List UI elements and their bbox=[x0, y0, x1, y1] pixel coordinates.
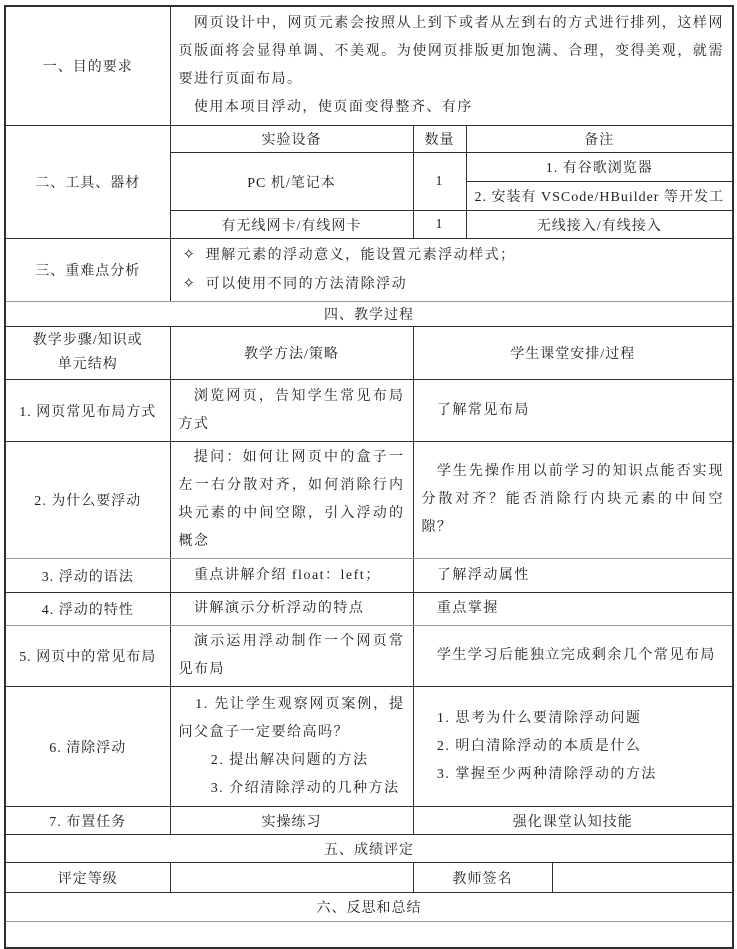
student-cell: 学生先操作用以前学习的知识点能否实现分散对齐？能否消除行内块元素的中间空隙？ bbox=[413, 442, 733, 559]
process-row-2: 2. 为什么要浮动 提问：如何让网页中的盒子一左一右分散对齐，如何消除行内块元素… bbox=[5, 442, 733, 559]
student-cell: 强化课堂认知技能 bbox=[413, 807, 733, 835]
student-cell: 了解浮动属性 bbox=[413, 559, 733, 593]
tools-header-qty: 数量 bbox=[413, 126, 466, 153]
process-header-student: 学生课堂安排/过程 bbox=[413, 327, 733, 380]
step-label: 6. 清除浮动 bbox=[5, 687, 170, 807]
purpose-paragraph-2: 使用本项目浮动，使页面变得整齐、有序 bbox=[179, 94, 725, 122]
student-text: 重点掌握 bbox=[422, 595, 725, 623]
keypoint-item: ✧可以使用不同的方法清除浮动 bbox=[179, 270, 725, 299]
student-cell: 学生学习后能独立完成剩余几个常见布局 bbox=[413, 626, 733, 687]
process-header-row: 教学步骤/知识或单元结构 教学方法/策略 学生课堂安排/过程 bbox=[5, 327, 733, 380]
keypoint-item: ✧理解元素的浮动意义，能设置元素浮动样式； bbox=[179, 241, 725, 270]
method-cell: 实操练习 bbox=[170, 807, 413, 835]
method-text: 讲解演示分析浮动的特点 bbox=[179, 595, 405, 623]
process-header-step: 教学步骤/知识或单元结构 bbox=[5, 327, 170, 380]
student-cell: 1. 思考为什么要清除浮动问题 2. 明白清除浮动的本质是什么 3. 掌握至少两… bbox=[413, 687, 733, 807]
purpose-row: 一、目的要求 网页设计中，网页元素会按照从上到下或者从左到右的方式进行排列，这样… bbox=[5, 6, 733, 126]
process-title-row: 四、教学过程 bbox=[5, 302, 733, 327]
student-text: 学生先操作用以前学习的知识点能否实现分散对齐？能否消除行内块元素的中间空隙？ bbox=[422, 458, 725, 542]
teacher-signature-label: 教师签名 bbox=[413, 863, 552, 893]
keypoints-row: 三、重难点分析 ✧理解元素的浮动意义，能设置元素浮动样式； ✧可以使用不同的方法… bbox=[5, 239, 733, 302]
method-cell: 浏览网页，告知学生常见布局方式 bbox=[170, 380, 413, 442]
purpose-content-cell: 网页设计中，网页元素会按照从上到下或者从左到右的方式进行排列，这样网页版面将会显… bbox=[170, 6, 733, 126]
method-text: 提问：如何让网页中的盒子一左一右分散对齐，如何消除行内块元素的中间空隙，引入浮动… bbox=[179, 444, 405, 556]
section-process-title: 四、教学过程 bbox=[5, 302, 733, 327]
tools-header-note: 备注 bbox=[466, 126, 733, 153]
process-row-6: 6. 清除浮动 1. 先让学生观察网页案例，提问父盒子一定要给高吗？ 2. 提出… bbox=[5, 687, 733, 807]
method-item: 3. 介绍清除浮动的几种方法 bbox=[179, 775, 405, 803]
student-item: 3. 掌握至少两种清除浮动的方法 bbox=[422, 761, 725, 789]
section-grading-title: 五、成绩评定 bbox=[5, 835, 733, 863]
step-label: 5. 网页中的常见布局 bbox=[5, 626, 170, 687]
grading-row: 评定等级 教师签名 bbox=[5, 863, 733, 893]
section-keypoints-label: 三、重难点分析 bbox=[5, 239, 170, 302]
method-text: 浏览网页，告知学生常见布局方式 bbox=[179, 383, 405, 439]
process-row-5: 5. 网页中的常见布局 演示运用浮动制作一个网页常见布局 学生学习后能独立完成剩… bbox=[5, 626, 733, 687]
lesson-plan-document: 一、目的要求 网页设计中，网页元素会按照从上到下或者从左到右的方式进行排列，这样… bbox=[0, 0, 733, 949]
method-cell: 1. 先让学生观察网页案例，提问父盒子一定要给高吗？ 2. 提出解决问题的方法 … bbox=[170, 687, 413, 807]
student-item: 2. 明白清除浮动的本质是什么 bbox=[422, 733, 725, 761]
section-reflection-title: 六、反思和总结 bbox=[5, 893, 733, 922]
grading-title-row: 五、成绩评定 bbox=[5, 835, 733, 863]
tools-header-row: 二、工具、器材 实验设备 数量 备注 bbox=[5, 126, 733, 153]
tools-pc-device: PC 机/笔记本 bbox=[170, 153, 413, 211]
reflection-content-cell[interactable] bbox=[5, 922, 733, 949]
method-item: 2. 提出解决问题的方法 bbox=[179, 747, 405, 775]
keypoint-text: 可以使用不同的方法清除浮动 bbox=[206, 277, 408, 292]
method-text: 重点讲解介绍 float：left； bbox=[179, 562, 405, 590]
tools-pc-note-1: 1. 有谷歌浏览器 bbox=[466, 153, 733, 182]
step-label: 4. 浮动的特性 bbox=[5, 593, 170, 626]
keypoints-content-cell: ✧理解元素的浮动意义，能设置元素浮动样式； ✧可以使用不同的方法清除浮动 bbox=[170, 239, 733, 302]
student-text: 了解常见布局 bbox=[422, 397, 725, 425]
method-cell: 演示运用浮动制作一个网页常见布局 bbox=[170, 626, 413, 687]
grade-label: 评定等级 bbox=[5, 863, 170, 893]
diamond-bullet-icon: ✧ bbox=[183, 276, 197, 292]
tools-nic-device: 有无线网卡/有线网卡 bbox=[170, 211, 413, 239]
purpose-paragraph-1: 网页设计中，网页元素会按照从上到下或者从左到右的方式进行排列，这样网页版面将会显… bbox=[179, 10, 725, 94]
tools-nic-qty: 1 bbox=[413, 211, 466, 239]
tools-nic-note: 无线接入/有线接入 bbox=[466, 211, 733, 239]
method-item: 1. 先让学生观察网页案例，提问父盒子一定要给高吗？ bbox=[179, 691, 405, 747]
section-tools-label: 二、工具、器材 bbox=[5, 126, 170, 239]
section-purpose-label: 一、目的要求 bbox=[5, 6, 170, 126]
step-label: 2. 为什么要浮动 bbox=[5, 442, 170, 559]
tools-header-device: 实验设备 bbox=[170, 126, 413, 153]
step-label: 3. 浮动的语法 bbox=[5, 559, 170, 593]
student-cell: 了解常见布局 bbox=[413, 380, 733, 442]
reflection-title-row: 六、反思和总结 bbox=[5, 893, 733, 922]
student-cell: 重点掌握 bbox=[413, 593, 733, 626]
process-row-1: 1. 网页常见布局方式 浏览网页，告知学生常见布局方式 了解常见布局 bbox=[5, 380, 733, 442]
method-cell: 讲解演示分析浮动的特点 bbox=[170, 593, 413, 626]
grade-value-cell[interactable] bbox=[170, 863, 413, 893]
tools-pc-note-2: 2. 安装有 VSCode/HBuilder 等开发工 bbox=[466, 182, 733, 211]
method-cell: 重点讲解介绍 float：left； bbox=[170, 559, 413, 593]
step-label: 7. 布置任务 bbox=[5, 807, 170, 835]
student-text: 了解浮动属性 bbox=[422, 562, 725, 590]
student-item: 1. 思考为什么要清除浮动问题 bbox=[422, 705, 725, 733]
process-row-3: 3. 浮动的语法 重点讲解介绍 float：left； 了解浮动属性 bbox=[5, 559, 733, 593]
method-text: 演示运用浮动制作一个网页常见布局 bbox=[179, 628, 405, 684]
teacher-signature-cell[interactable] bbox=[552, 863, 733, 893]
lesson-plan-table: 一、目的要求 网页设计中，网页元素会按照从上到下或者从左到右的方式进行排列，这样… bbox=[4, 5, 734, 949]
keypoint-text: 理解元素的浮动意义，能设置元素浮动样式； bbox=[206, 248, 516, 263]
process-row-4: 4. 浮动的特性 讲解演示分析浮动的特点 重点掌握 bbox=[5, 593, 733, 626]
step-label: 1. 网页常见布局方式 bbox=[5, 380, 170, 442]
process-header-method: 教学方法/策略 bbox=[170, 327, 413, 380]
reflection-content-row bbox=[5, 922, 733, 949]
method-cell: 提问：如何让网页中的盒子一左一右分散对齐，如何消除行内块元素的中间空隙，引入浮动… bbox=[170, 442, 413, 559]
process-row-7: 7. 布置任务 实操练习 强化课堂认知技能 bbox=[5, 807, 733, 835]
tools-pc-qty: 1 bbox=[413, 153, 466, 211]
student-text: 学生学习后能独立完成剩余几个常见布局 bbox=[422, 642, 725, 670]
diamond-bullet-icon: ✧ bbox=[183, 247, 197, 263]
